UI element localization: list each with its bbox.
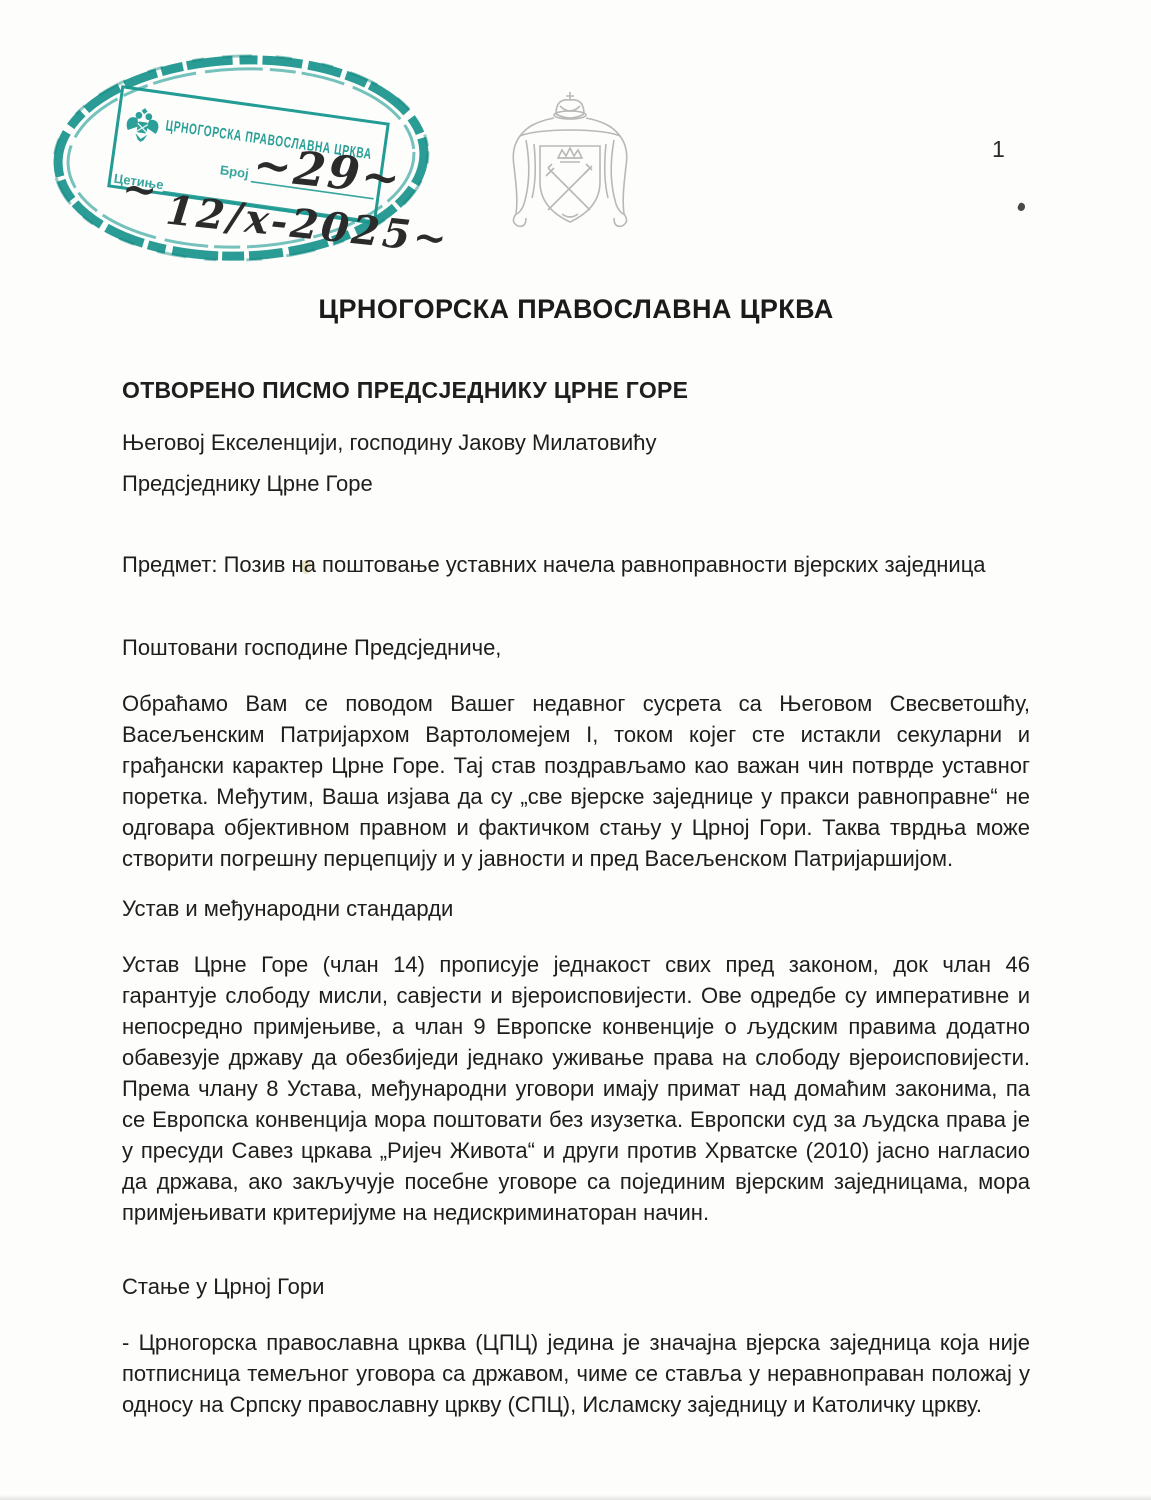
section-heading-situation: Стање у Црној Гори [122,1274,1030,1300]
scan-edge-shadow [0,1495,1151,1500]
letter-content: ЦРНОГОРСКА ПРАВОСЛАВНА ЦРКВА ОТВОРЕНО ПИ… [122,0,1030,1420]
open-letter-heading: ОТВОРЕНО ПИСМО ПРЕДСЈЕДНИКУ ЦРНЕ ГОРЕ [122,377,1030,404]
document-title: ЦРНОГОРСКА ПРАВОСЛАВНА ЦРКВА [122,0,1030,325]
addressee-line-2: Предсједнику Црне Горе [122,471,1030,497]
subject-line: Предмет: Позив на поштовање уставних нач… [122,552,1030,578]
paragraph-introduction: Обраћамо Вам се поводом Вашег недавног с… [122,688,1030,874]
document-page: ЦРНОГОРСКА ПРАВОСЛАВНА ЦРКВА Број Цетиње… [0,0,1151,1500]
addressee-line-1: Његовој Екселенцији, господину Јакову Ми… [122,430,1030,456]
paragraph-legal-standards: Устав Црне Горе (члан 14) прописује једн… [122,949,1030,1228]
section-heading-constitution: Устав и међународни стандарди [122,896,1030,922]
paragraph-situation: - Црногорска православна црква (ЦПЦ) јед… [122,1327,1030,1420]
salutation: Поштовани господине Предсједниче, [122,635,1030,661]
